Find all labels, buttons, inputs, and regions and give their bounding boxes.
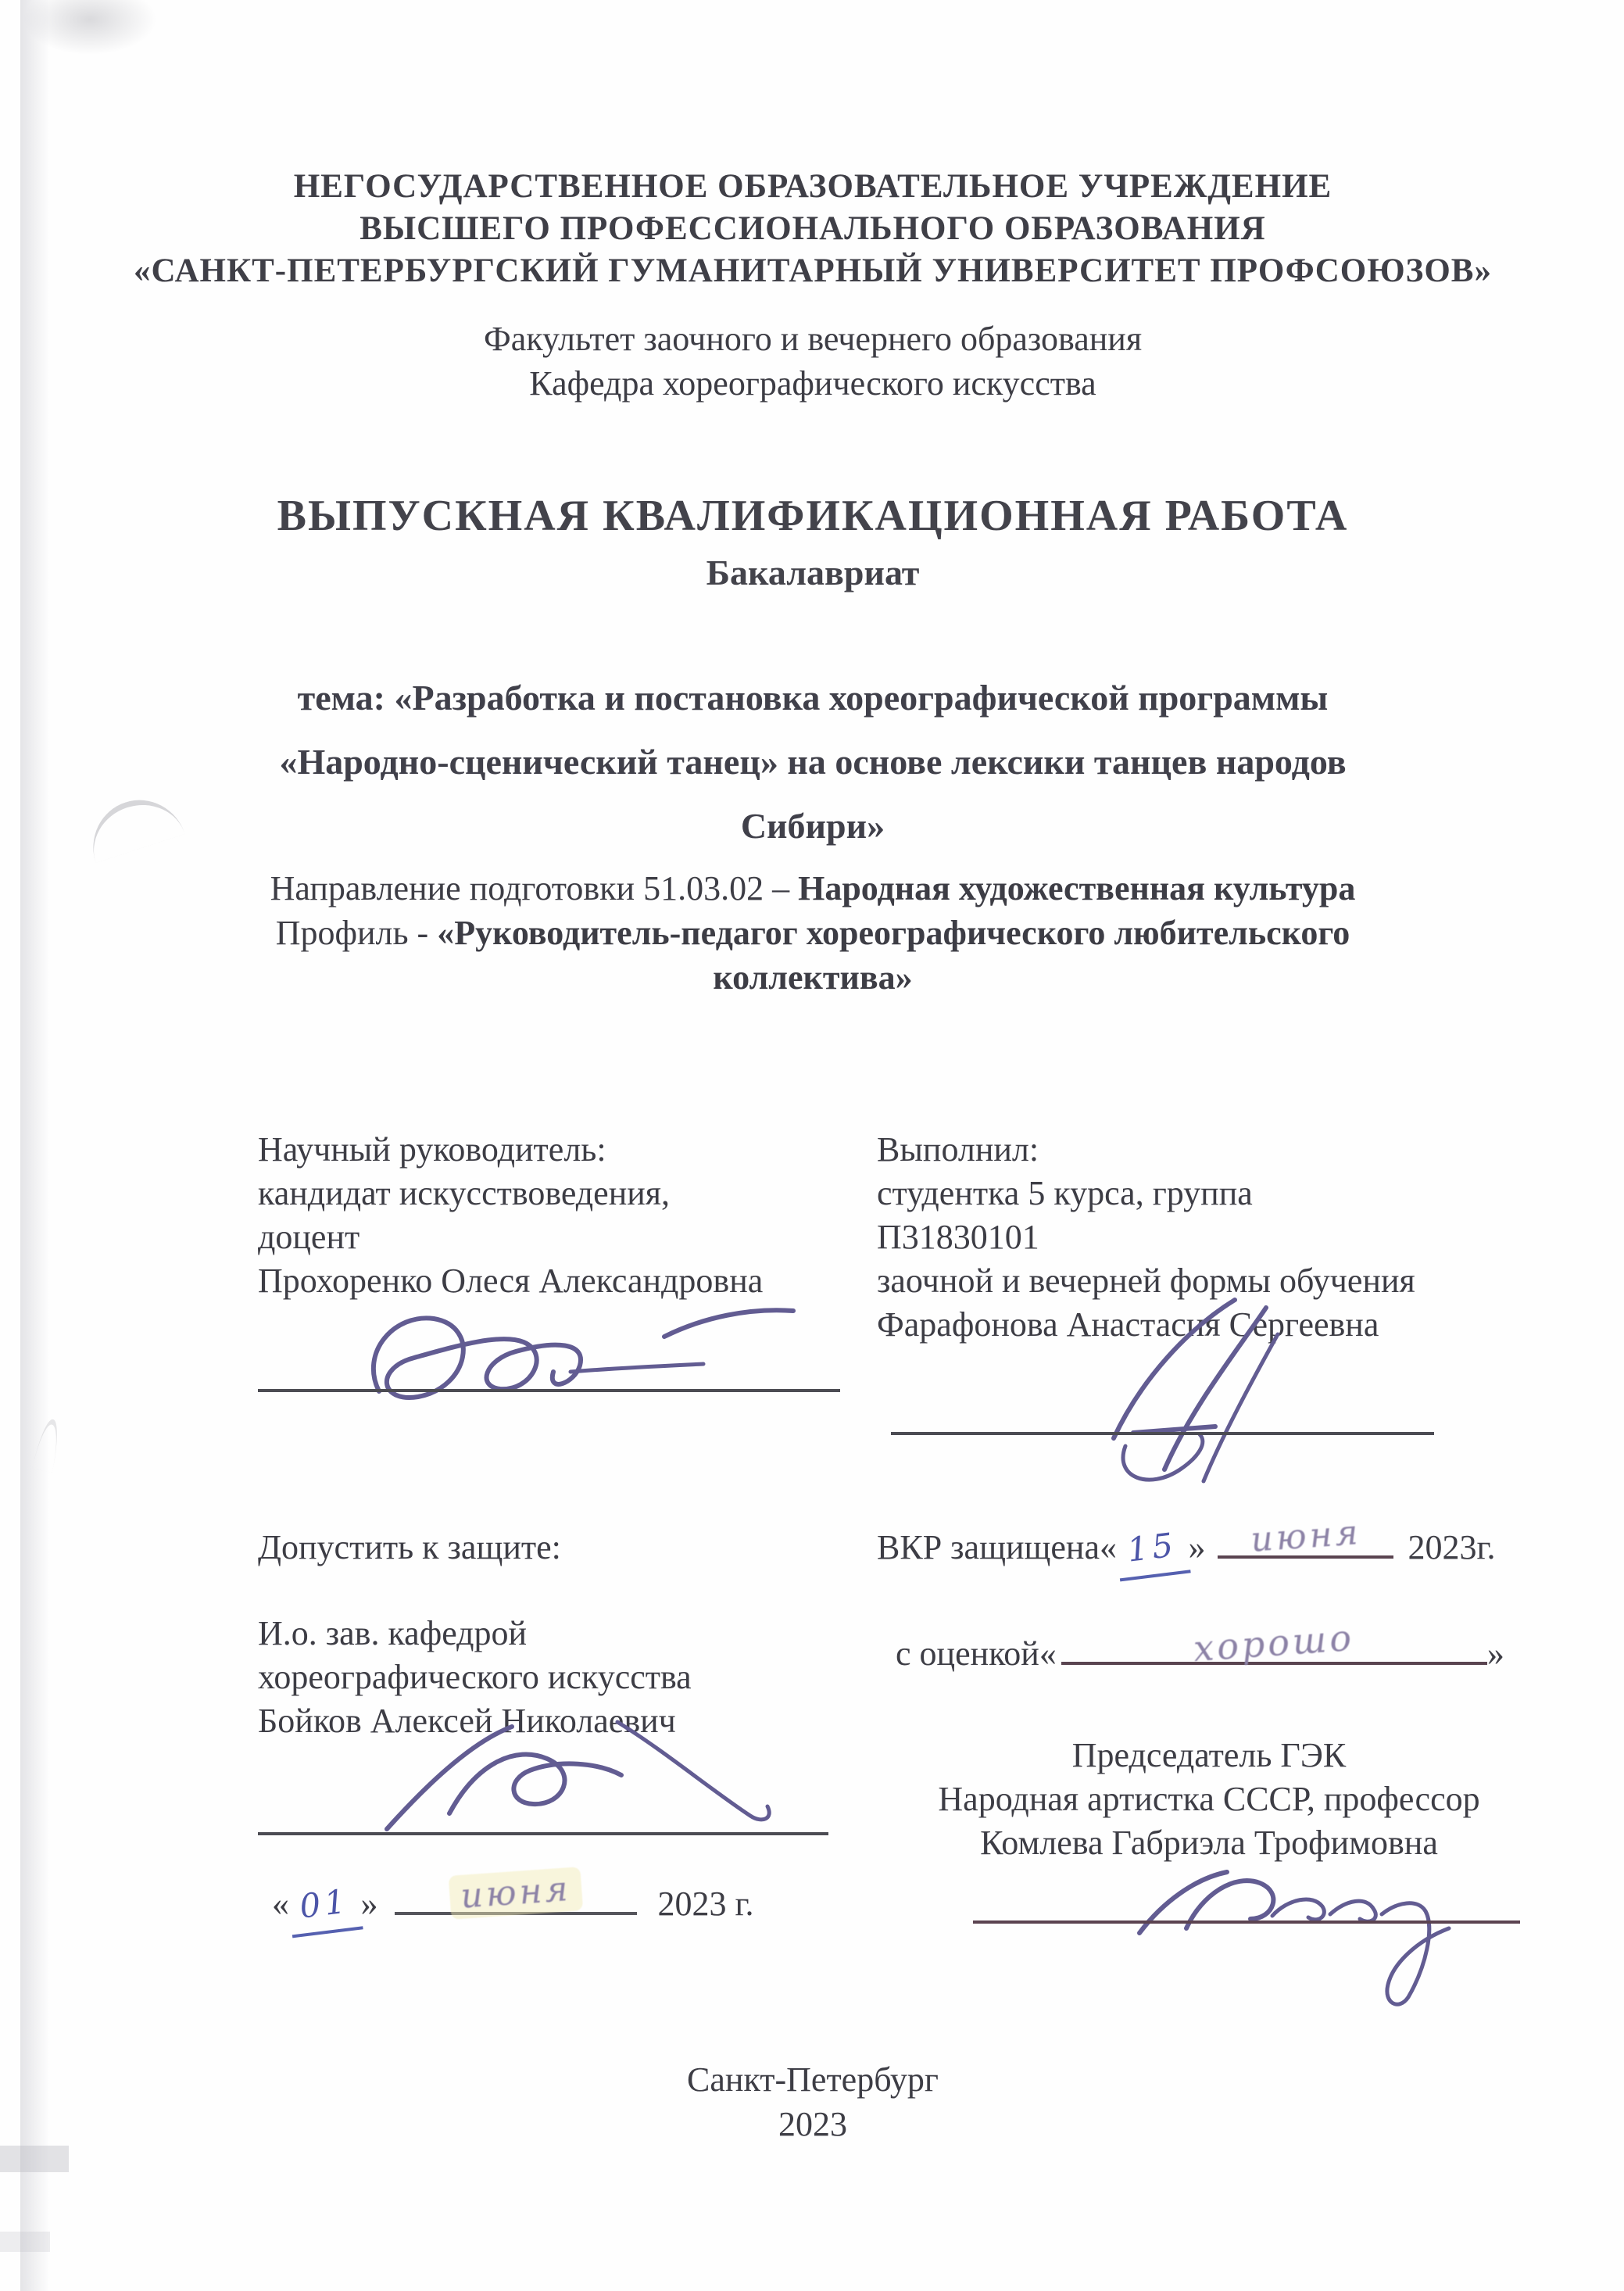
author-signature <box>1039 1286 1415 1505</box>
advisor-degree: кандидат искусствоведения, <box>258 1172 883 1215</box>
scan-streak-bottom-2 <box>0 2232 50 2252</box>
date-year: 2023 г. <box>657 1882 753 1926</box>
profile-label: Профиль - <box>276 914 438 952</box>
theme-line-2: «Народно-сценический танец» на основе ле… <box>141 730 1485 794</box>
header-line-2: ВЫСШЕГО ПРОФЕССИОНАЛЬНОГО ОБРАЗОВАНИЯ <box>94 208 1532 250</box>
admission-position-1: И.о. зав. кафедрой <box>258 1612 883 1656</box>
defense-date-line: ВКР защищена «15» июня 2023г. <box>877 1526 1496 1577</box>
admission-signature-line <box>258 1832 828 1835</box>
author-group: П31830101 <box>877 1215 1565 1259</box>
work-title-block: ВЫПУСКНАЯ КВАЛИФИКАЦИОННАЯ РАБОТА Бакала… <box>172 491 1454 593</box>
committee-line1: Народная артистка СССР, профессор <box>877 1777 1541 1821</box>
admission-date-line: «01» июня 2023 г. <box>272 1882 754 1934</box>
theme-line-3: Сибири» <box>141 794 1485 858</box>
footer-block: Санкт-Петербург 2023 <box>172 2057 1454 2146</box>
author-signature-line <box>891 1432 1434 1435</box>
header-line-3: «САНКТ-ПЕТЕРБУРГСКИЙ ГУМАНИТАРНЫЙ УНИВЕР… <box>94 250 1532 292</box>
advisor-signature-line <box>258 1389 840 1392</box>
profile-value-1: «Руководитель-педагог хореографического … <box>437 914 1350 952</box>
direction-line: Направление подготовки 51.03.02 – Народн… <box>125 866 1501 911</box>
degree-title: Бакалавриат <box>172 552 1454 593</box>
date-day-handwritten: 01 <box>286 1878 363 1938</box>
admission-signature <box>359 1716 844 1845</box>
department-line: Кафедра хореографического искусства <box>172 361 1454 406</box>
defense-prefix: ВКР защищена <box>877 1526 1100 1570</box>
footer-city: Санкт-Петербург <box>172 2057 1454 2102</box>
date-month-line: июня <box>395 1912 637 1915</box>
grade-label: с оценкой <box>896 1632 1039 1676</box>
admission-position-2: хореографического искусства <box>258 1656 883 1699</box>
defense-day-handwritten: 15 <box>1114 1522 1191 1582</box>
footer-year: 2023 <box>172 2102 1454 2146</box>
scan-streak-bottom-1 <box>0 2146 69 2172</box>
advisor-block: Научный руководитель: кандидат искусство… <box>258 1128 883 1303</box>
committee-signature-line <box>973 1921 1520 1924</box>
author-heading: Выполнил: <box>877 1128 1565 1172</box>
profile-line-1: Профиль - «Руководитель-педагог хореогра… <box>125 911 1501 955</box>
date-month-handwritten: июня <box>449 1867 584 1920</box>
committee-signature <box>1118 1841 1508 2009</box>
direction-label: Направление подготовки 51.03.02 – <box>270 869 799 907</box>
defense-close-quote: » <box>1188 1526 1205 1570</box>
defense-month-handwritten: июня <box>1250 1511 1363 1563</box>
theme-line-1: тема: «Разработка и постановка хореограф… <box>141 666 1485 730</box>
date-close-quote: » <box>360 1882 377 1926</box>
grade-line: с оценкой « хорошо » <box>896 1632 1504 1676</box>
direction-profile-block: Направление подготовки 51.03.02 – Народн… <box>125 866 1501 1000</box>
scanned-title-page: НЕГОСУДАРСТВЕННОЕ ОБРАЗОВАТЕЛЬНОЕ УЧРЕЖД… <box>0 0 1624 2291</box>
faculty-line: Факультет заочного и вечернего образован… <box>172 317 1454 361</box>
work-title: ВЫПУСКНАЯ КВАЛИФИКАЦИОННАЯ РАБОТА <box>172 491 1454 541</box>
advisor-rank: доцент <box>258 1215 883 1259</box>
direction-value: Народная художественная культура <box>798 869 1355 907</box>
university-header: НЕГОСУДАРСТВЕННОЕ ОБРАЗОВАТЕЛЬНОЕ УЧРЕЖД… <box>94 166 1532 292</box>
advisor-signature <box>336 1294 852 1427</box>
grade-open-quote: « <box>1039 1632 1057 1676</box>
author-course: студентка 5 курса, группа <box>877 1172 1565 1215</box>
grade-close-quote: » <box>1487 1632 1504 1676</box>
defense-month-line: июня <box>1218 1555 1393 1559</box>
faculty-block: Факультет заочного и вечернего образован… <box>172 317 1454 406</box>
admission-heading: Допустить к защите: <box>258 1526 883 1570</box>
scan-edge-shadow <box>20 0 48 2291</box>
theme-block: тема: «Разработка и постановка хореограф… <box>141 666 1485 858</box>
defense-year: 2023г. <box>1408 1526 1495 1570</box>
advisor-heading: Научный руководитель: <box>258 1128 883 1172</box>
committee-title: Председатель ГЭК <box>877 1734 1541 1777</box>
grade-blank-line: хорошо <box>1061 1662 1487 1665</box>
profile-line-2: коллектива» <box>125 955 1501 1000</box>
grade-handwritten: хорошо <box>1193 1616 1356 1670</box>
header-line-1: НЕГОСУДАРСТВЕННОЕ ОБРАЗОВАТЕЛЬНОЕ УЧРЕЖД… <box>94 166 1532 208</box>
